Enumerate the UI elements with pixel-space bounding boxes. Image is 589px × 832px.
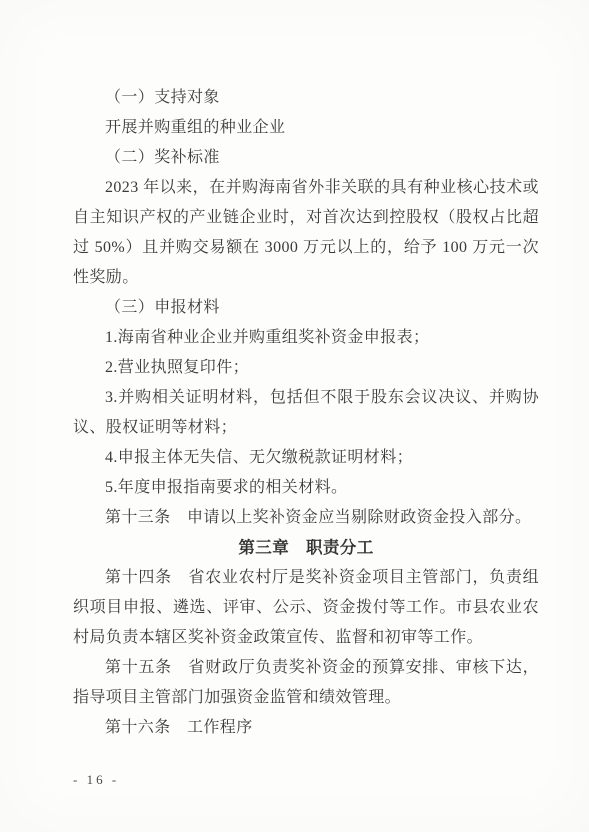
paragraph-list-item: 2.营业执照复印件； (73, 353, 539, 383)
paragraph-list-item: 1.海南省种业企业并购重组奖补资金申报表； (73, 323, 539, 353)
paragraph-subheading: （三）申报材料 (73, 293, 539, 323)
paragraph-body: 开展并购重组的种业企业 (73, 113, 539, 143)
paragraph-list-item: 3.并购相关证明材料，包括但不限于股东会议决议、并购协议、股权证明等材料； (73, 383, 539, 443)
paragraph-article: 第十六条 工作程序 (73, 713, 539, 743)
paragraph-subheading: （一）支持对象 (73, 83, 539, 113)
page-number: - 16 - (73, 772, 119, 788)
paragraph-list-item: 4.申报主体无失信、无欠缴税款证明材料； (73, 443, 539, 473)
chapter-heading: 第三章 职责分工 (73, 533, 539, 563)
paragraph-subheading: （二）奖补标准 (73, 143, 539, 173)
page: （一）支持对象开展并购重组的种业企业（二）奖补标准2023 年以来，在并购海南省… (0, 0, 589, 832)
paragraph-article: 第十五条 省财政厅负责奖补资金的预算安排、审核下达，指导项目主管部门加强资金监管… (73, 653, 539, 713)
paragraph-body: 2023 年以来，在并购海南省外非关联的具有种业核心技术或自主知识产权的产业链企… (73, 173, 539, 293)
paragraph-article: 第十四条 省农业农村厅是奖补资金项目主管部门，负责组织项目申报、遴选、评审、公示… (73, 563, 539, 653)
paragraph-article: 第十三条 申请以上奖补资金应当剔除财政资金投入部分。 (73, 503, 539, 533)
paragraph-list-item: 5.年度申报指南要求的相关材料。 (73, 473, 539, 503)
document-body: （一）支持对象开展并购重组的种业企业（二）奖补标准2023 年以来，在并购海南省… (73, 83, 539, 743)
